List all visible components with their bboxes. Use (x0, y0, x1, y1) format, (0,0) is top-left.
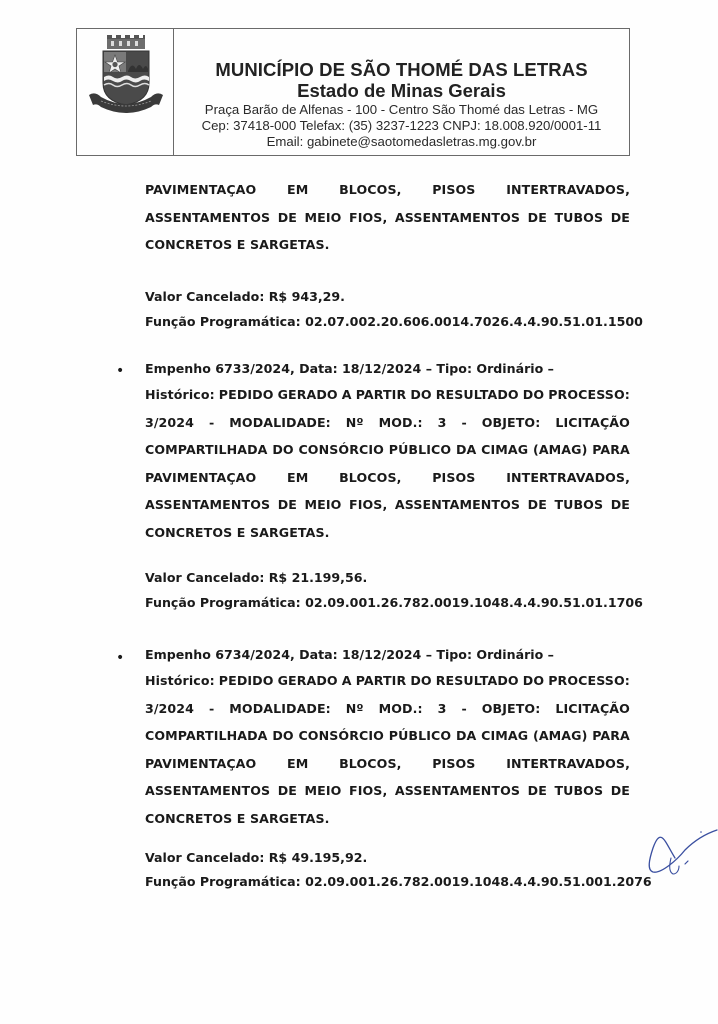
word: BLOCOS, (339, 464, 401, 492)
word: EM (287, 750, 308, 778)
word: COMPARTILHADA (145, 722, 268, 750)
valor-cancelado: Valor Cancelado: R$ 49.195,92. (145, 850, 367, 866)
word: MODALIDADE: (229, 409, 331, 437)
word: DE (278, 777, 297, 805)
text-line: CONCRETOS E SARGETAS. (145, 519, 630, 547)
logo-cell (77, 29, 174, 155)
word: DE (528, 777, 547, 805)
word: LICITAÇÃO (555, 409, 630, 437)
word: MOD.: (379, 695, 423, 723)
text-line: PAVIMENTAÇAOEMBLOCOS,PISOSINTERTRAVADOS, (145, 176, 630, 204)
word: DE (528, 491, 547, 519)
word: ASSENTAMENTOS (395, 491, 520, 519)
word: Nº (346, 409, 364, 437)
valor-cancelado: Valor Cancelado: R$ 943,29. (145, 289, 345, 305)
word: (AMAG) (533, 436, 587, 464)
word: GERADO (278, 667, 338, 695)
word: DE (611, 204, 630, 232)
word: TUBOS (554, 777, 603, 805)
word: INTERTRAVADOS, (506, 750, 630, 778)
handwritten-signature-icon (643, 812, 718, 882)
text-line: CONCRETOS E SARGETAS. (145, 231, 630, 259)
text-line: 3/2024-MODALIDADE:NºMOD.:3-OBJETO:LICITA… (145, 409, 630, 437)
word: INTERTRAVADOS, (506, 464, 630, 492)
word: OBJETO: (482, 695, 541, 723)
word: PROCESSO: (548, 381, 630, 409)
word: DO (410, 667, 431, 695)
word: TUBOS (554, 491, 603, 519)
funcao-programatica: Função Programática: 02.09.001.26.782.00… (145, 595, 643, 611)
word: OBJETO: (482, 409, 541, 437)
word: DE (278, 491, 297, 519)
address-line: Praça Barão de Alfenas - 100 - Centro Sã… (174, 102, 629, 118)
word: PARTIR (356, 667, 407, 695)
continuation-paragraph: PAVIMENTAÇAOEMBLOCOS,PISOSINTERTRAVADOS,… (145, 176, 630, 259)
word: PEDIDO (219, 381, 274, 409)
word: - (461, 695, 466, 723)
word: EM (287, 464, 308, 492)
word: RESULTADO (436, 667, 519, 695)
word: TUBOS (554, 204, 603, 232)
word: ASSENTAMENTOS (395, 777, 520, 805)
word: 3 (438, 409, 447, 437)
word: Histórico: (145, 667, 215, 695)
bullet-icon: • (116, 363, 124, 379)
document-page: MUNICÍPIO DE SÃO THOMÉ DAS LETRAS Estado… (0, 0, 718, 1024)
word: DA (456, 722, 476, 750)
word: BLOCOS, (339, 750, 401, 778)
word: GERADO (278, 381, 338, 409)
email-line: Email: gabinete@saotomedasletras.mg.gov.… (174, 134, 629, 150)
word: PROCESSO: (548, 667, 630, 695)
valor-cancelado: Valor Cancelado: R$ 21.199,56. (145, 570, 367, 586)
word: PISOS (432, 750, 475, 778)
word: FIOS, (349, 204, 387, 232)
text-line: 3/2024-MODALIDADE:NºMOD.:3-OBJETO:LICITA… (145, 695, 630, 723)
word: - (209, 409, 214, 437)
word: LICITAÇÃO (555, 695, 630, 723)
word: PARTIR (356, 381, 407, 409)
text-line: COMPARTILHADADOCONSÓRCIOPÚBLICODACIMAG(A… (145, 436, 630, 464)
word: PÚBLICO (389, 722, 451, 750)
word: ASSENTAMENTOS (395, 204, 520, 232)
state-subtitle: Estado de Minas Gerais (174, 80, 629, 102)
word: DE (528, 204, 547, 232)
word: DO (272, 436, 293, 464)
word: CONSÓRCIO (298, 722, 384, 750)
text-line: Histórico:PEDIDOGERADOAPARTIRDORESULTADO… (145, 381, 630, 409)
word: DE (611, 491, 630, 519)
word: PEDIDO (219, 667, 274, 695)
word: FIOS, (349, 491, 387, 519)
coat-of-arms-icon (85, 33, 167, 119)
historico-paragraph: Histórico:PEDIDOGERADOAPARTIRDORESULTADO… (145, 381, 630, 546)
word: RESULTADO (436, 381, 519, 409)
contact-line: Cep: 37418-000 Telefax: (35) 3237-1223 C… (174, 118, 629, 134)
word: 3 (438, 695, 447, 723)
word: 3/2024 (145, 695, 194, 723)
letterhead: MUNICÍPIO DE SÃO THOMÉ DAS LETRAS Estado… (76, 28, 630, 156)
word: A (342, 667, 352, 695)
word: ASSENTAMENTOS (145, 204, 270, 232)
word: (AMAG) (533, 722, 587, 750)
word: DO (523, 381, 544, 409)
historico-paragraph: Histórico:PEDIDOGERADOAPARTIRDORESULTADO… (145, 667, 630, 832)
word: MEIO (305, 491, 342, 519)
word: PISOS (432, 464, 475, 492)
word: - (209, 695, 214, 723)
word: PARA (592, 722, 630, 750)
word: CONSÓRCIO (298, 436, 384, 464)
text-line: CONCRETOS E SARGETAS. (145, 805, 630, 833)
funcao-programatica: Função Programática: 02.07.002.20.606.00… (145, 314, 643, 330)
word: MEIO (305, 777, 342, 805)
word: PARA (592, 436, 630, 464)
text-line: COMPARTILHADADOCONSÓRCIOPÚBLICODACIMAG(A… (145, 722, 630, 750)
letterhead-text: MUNICÍPIO DE SÃO THOMÉ DAS LETRAS Estado… (174, 29, 629, 155)
text-line: Histórico:PEDIDOGERADOAPARTIRDORESULTADO… (145, 667, 630, 695)
text-line: PAVIMENTAÇAOEMBLOCOS,PISOSINTERTRAVADOS, (145, 750, 630, 778)
word: BLOCOS, (339, 176, 401, 204)
word: PÚBLICO (389, 436, 451, 464)
word: DA (456, 436, 476, 464)
word: ASSENTAMENTOS (145, 777, 270, 805)
empenho-heading: Empenho 6733/2024, Data: 18/12/2024 – Ti… (145, 361, 554, 377)
text-line: ASSENTAMENTOSDEMEIOFIOS,ASSENTAMENTOSDET… (145, 204, 630, 232)
word: PAVIMENTAÇAO (145, 750, 256, 778)
word: FIOS, (349, 777, 387, 805)
funcao-programatica: Função Programática: 02.09.001.26.782.00… (145, 874, 652, 890)
word: 3/2024 (145, 409, 194, 437)
word: PISOS (432, 176, 475, 204)
word: COMPARTILHADA (145, 436, 268, 464)
bullet-icon: • (116, 650, 124, 666)
word: MEIO (305, 204, 342, 232)
word: PAVIMENTAÇAO (145, 464, 256, 492)
word: ASSENTAMENTOS (145, 491, 270, 519)
word: CIMAG (481, 722, 528, 750)
word: A (342, 381, 352, 409)
word: MODALIDADE: (229, 695, 331, 723)
word: DO (523, 667, 544, 695)
word: DE (611, 777, 630, 805)
word: DO (272, 722, 293, 750)
word: CIMAG (481, 436, 528, 464)
word: - (461, 409, 466, 437)
word: Nº (346, 695, 364, 723)
word: MOD.: (379, 409, 423, 437)
text-line: ASSENTAMENTOSDEMEIOFIOS,ASSENTAMENTOSDET… (145, 491, 630, 519)
municipality-title: MUNICÍPIO DE SÃO THOMÉ DAS LETRAS (174, 59, 629, 80)
text-line: ASSENTAMENTOSDEMEIOFIOS,ASSENTAMENTOSDET… (145, 777, 630, 805)
word: Histórico: (145, 381, 215, 409)
word: DE (278, 204, 297, 232)
word: PAVIMENTAÇAO (145, 176, 256, 204)
empenho-heading: Empenho 6734/2024, Data: 18/12/2024 – Ti… (145, 647, 554, 663)
text-line: PAVIMENTAÇAOEMBLOCOS,PISOSINTERTRAVADOS, (145, 464, 630, 492)
word: INTERTRAVADOS, (506, 176, 630, 204)
word: DO (410, 381, 431, 409)
word: EM (287, 176, 308, 204)
